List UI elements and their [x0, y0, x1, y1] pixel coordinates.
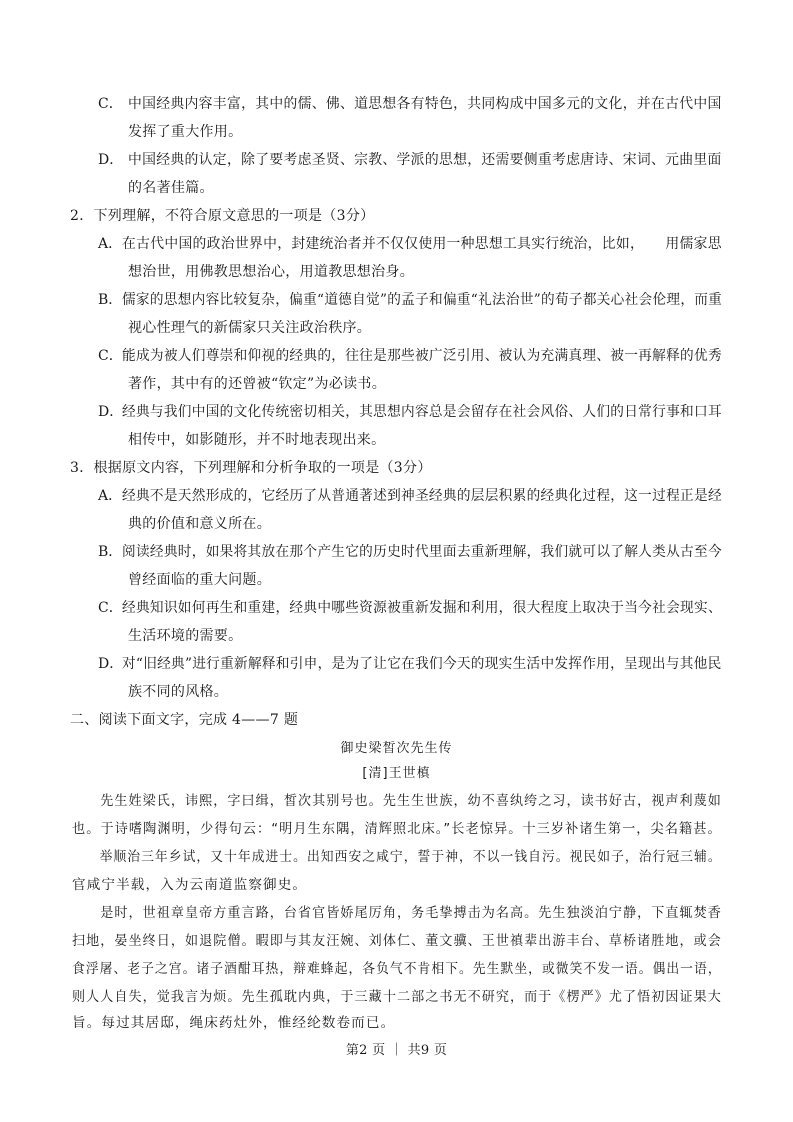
q3-option-b-text-cont: 曾经面临的重大问题。 [128, 570, 271, 590]
q3-option-b-text: 阅读经典时，如果将其放在那个产生它的历史时代里面去重新理解，我们就可以了解人类从… [122, 542, 722, 562]
q1-option-d-text-cont: 的名著佳篇。 [128, 178, 214, 198]
q3-option-a-label: A． [98, 486, 122, 506]
q2-option-a-label: A． [98, 234, 122, 254]
paragraph-1-line-1: 先生姓梁氏，讳熙，字曰缉，皙次其别号也。先生生世族，幼不喜纨绔之习，读书好古，视… [72, 791, 722, 811]
article-title: 御史梁皙次先生传 [0, 739, 793, 759]
paragraph-3-line-3: 食浮屠、老子之宫。诸子酒酣耳热，辩难蜂起，各负气不肯相下。先生默坐，或微笑不发一… [72, 959, 722, 979]
q3-option-d-text-cont: 族不同的风格。 [128, 682, 228, 702]
q3-option-d-label: D． [98, 654, 123, 674]
paragraph-2-line-2: 官咸宁半载，入为云南道监察御史。 [72, 875, 307, 895]
q2-option-c-label: C． [98, 346, 123, 366]
paragraph-2-line-1: 举顺治三年乡试，又十年成进士。出知西安之咸宁，誓于神，不以一钱自污。视民如子，治… [72, 847, 722, 867]
q2-option-d-label: D． [98, 402, 123, 422]
q1-option-d-label: D． [98, 150, 123, 170]
paragraph-3-line-5: 旨。每过其居邸，绳床药灶外，惟经纶数卷而已。 [72, 1013, 395, 1033]
q3-option-b-label: B． [98, 542, 122, 562]
q3-option-c-text: 经典知识如何再生和重建，经典中哪些资源被重新发掘和利用，很大程度上取决于当今社会… [122, 598, 722, 618]
q3-option-a-text-cont: 典的价值和意义所在。 [128, 514, 271, 534]
q2-stem: 2．下列理解，不符合原文意思的一项是（3分） [70, 206, 374, 226]
q3-option-c-label: C． [98, 598, 123, 618]
q2-option-c-text: 能成为被人们尊崇和仰视的经典的，往往是那些被广泛引用、被认为充满真理、被一再解释… [122, 346, 722, 366]
document-page: C． 中国经典内容丰富，其中的儒、佛、道思想各有特色，共同构成中国多元的文化，并… [0, 0, 793, 1122]
q2-option-c-text-cont: 著作，其中有的还曾被“钦定”为必读书。 [128, 374, 386, 394]
q2-option-b-text: 儒家的思想内容比较复杂，偏重“道德自觉”的孟子和偏重“礼法治世”的荀子都关心社会… [122, 290, 722, 310]
q1-option-d-text: 中国经典的认定，除了要考虑圣贤、宗教、学派的思想，还需要侧重考虑唐诗、宋词、元曲… [128, 150, 722, 170]
q2-option-b-text-cont: 视心性理气的新儒家只关注政治秩序。 [128, 318, 371, 338]
q3-option-a-text: 经典不是天然形成的，它经历了从普通著述到神圣经典的层层积累的经典化过程，这一过程… [122, 486, 722, 506]
q2-option-b-label: B． [98, 290, 122, 310]
page-footer: 第2 页 ｜ 共9 页 [0, 1041, 793, 1061]
paragraph-3-line-4: 则人人自失，觉我言为烦。先生孤耽内典，于三藏十二部之书无不研究，而于《楞严》尤了… [72, 987, 722, 1007]
q3-option-d-text: 对“旧经典”进行重新解释和引申，是为了让它在我们今天的现实生活中发挥作用，呈现出… [122, 654, 722, 674]
q3-option-c-text-cont: 生活环境的需要。 [128, 626, 242, 646]
section-heading: 二、阅读下面文字，完成 4——7 题 [70, 710, 298, 730]
q2-option-a-text-cont: 想治世，用佛教思想治心，用道教思想治身。 [128, 262, 414, 282]
paragraph-3-line-2: 扫地，晏坐终日，如退院僧。暇即与其友汪婉、刘体仁、董文骥、王世禛辈出游丰台、草桥… [72, 931, 722, 951]
paragraph-3-line-1: 是时，世祖章皇帝方重言路，台省官皆娇尾厉角，务毛挚搏击为名高。先生独淡泊宁静，下… [72, 903, 722, 923]
q2-option-d-text-cont: 相传中，如影随形，并不时地表现出来。 [128, 430, 385, 450]
q2-option-d-text: 经典与我们中国的文化传统密切相关，其思想内容总是会留存在社会风俗、人们的日常行事… [122, 402, 722, 422]
q3-stem: 3．根据原文内容，下列理解和分析争取的一项是（3分） [70, 458, 432, 478]
q2-option-a-text: 在古代中国的政治世界中，封建统治者并不仅仅使用一种思想工具实行统治，比如， 用儒… [122, 234, 722, 254]
q1-option-c-label: C． [98, 94, 123, 114]
q1-option-c-text: 中国经典内容丰富，其中的儒、佛、道思想各有特色，共同构成中国多元的文化，并在古代… [128, 94, 722, 114]
q1-option-c-text-cont: 发挥了重大作用。 [128, 122, 242, 142]
article-author: [清]王世槙 [0, 764, 793, 784]
paragraph-1-line-2: 也。于诗嗜陶渊明，少得句云：“明月生东隅，清辉照北床。”长老惊异。十三岁补诸生第… [72, 819, 722, 839]
